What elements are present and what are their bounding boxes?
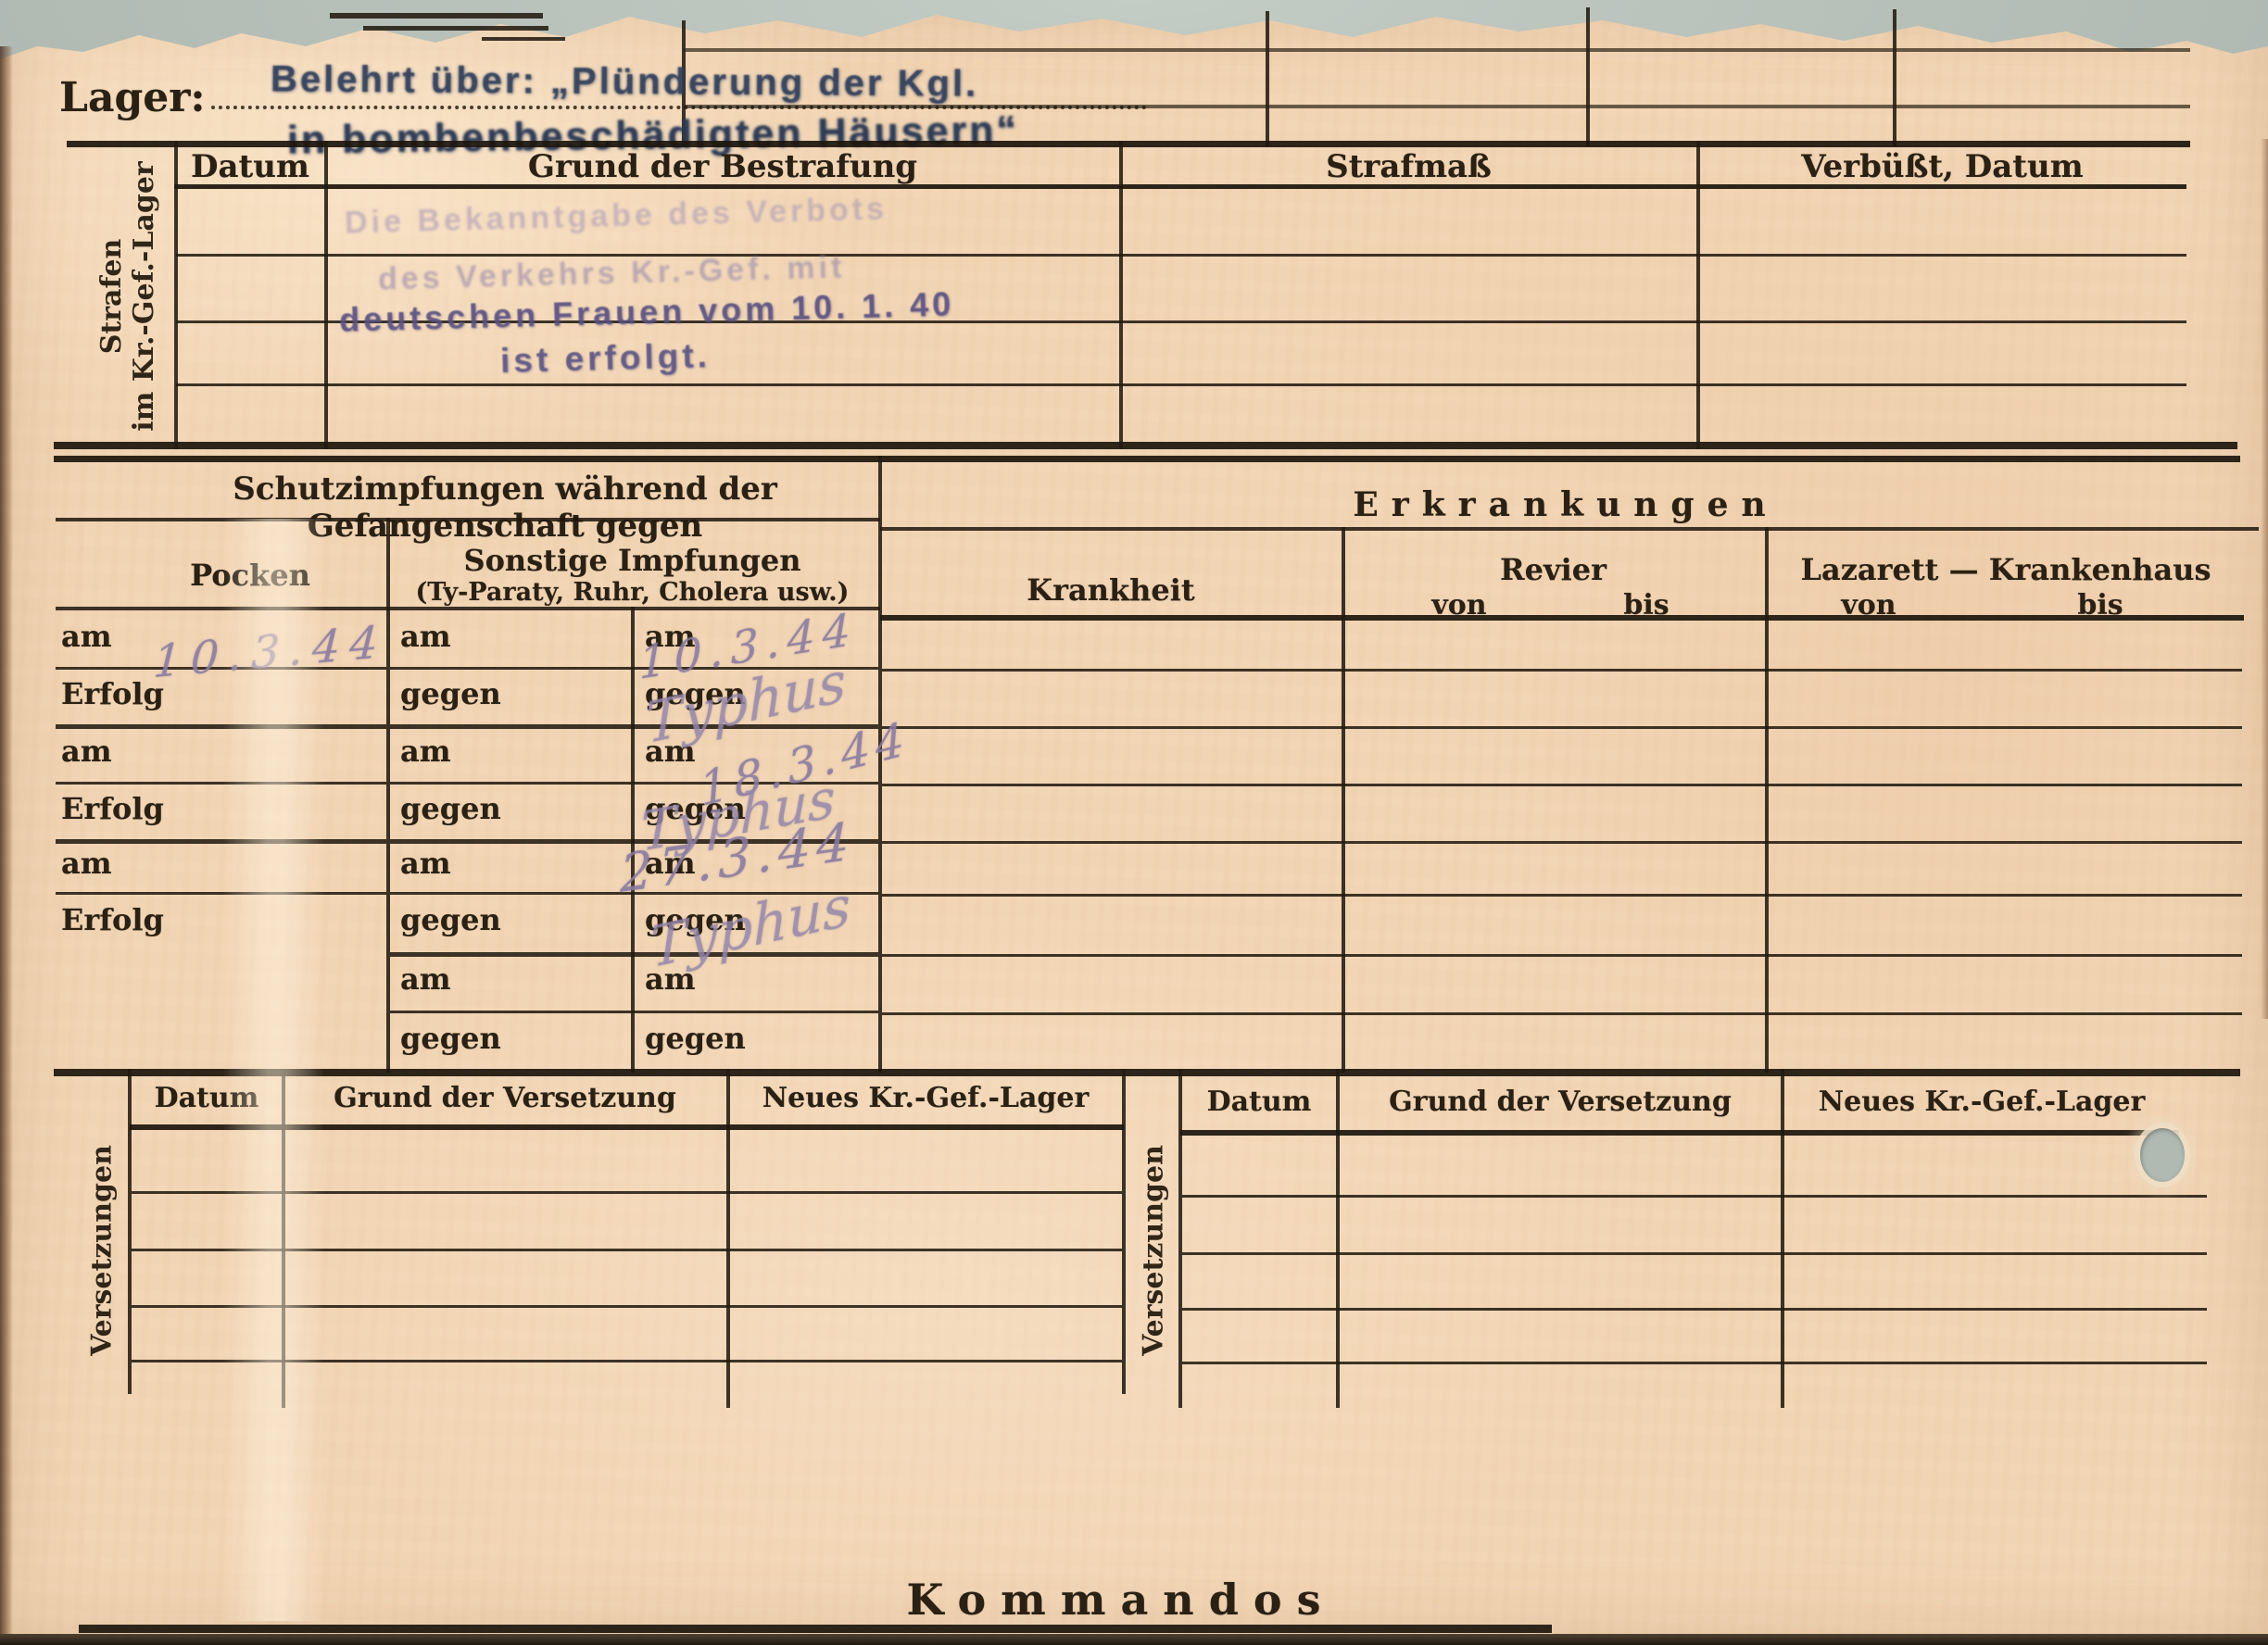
row-rule <box>56 724 386 729</box>
row-rule <box>56 839 386 844</box>
sonstige-col-header: Sonstige Impfungen <box>386 543 878 578</box>
versetzungen-rule <box>1122 1069 1126 1394</box>
section2-rule <box>880 615 2244 621</box>
row-rule <box>390 724 878 729</box>
section2-top-rule <box>54 456 2240 462</box>
fragment-rule <box>1266 11 1269 146</box>
versetzungen-left-col-neues: Neues Kr.-Gef.-Lager <box>728 1082 1123 1114</box>
sonstige1-am-label: am <box>400 619 451 654</box>
sonstige1-gegen-label: gegen <box>400 676 501 711</box>
sonstige-col-subheader: (Ty-Paraty, Ruhr, Cholera usw.) <box>386 578 878 607</box>
fragment-dash <box>363 26 548 31</box>
kommandos-heading: Kommandos <box>704 1575 1538 1625</box>
paper-right-edge <box>2261 139 2268 1019</box>
sonstige1-am-label: am <box>400 846 451 881</box>
strafen-rule <box>1696 141 1700 449</box>
kommandos-top-rule <box>79 1625 1552 1633</box>
versetzungen-right-col-grund: Grund der Versetzung <box>1338 1086 1783 1118</box>
versetzungen-header-rule <box>1180 1130 2179 1136</box>
row-rule <box>1182 1308 2207 1311</box>
versetzungen-rule <box>726 1069 730 1408</box>
row-rule <box>882 669 2242 672</box>
fragment-rule <box>1586 7 1590 146</box>
pocken-erfolg-label: Erfolg <box>61 676 164 711</box>
card-bottom-edge <box>0 1634 2268 1645</box>
sonstige2-gegen-label: gegen <box>645 1021 746 1056</box>
lazarett-bis-label: bis <box>2063 589 2137 622</box>
versetzungen-right-col-datum: Datum <box>1180 1086 1338 1118</box>
strafen-col-verbuesst: Verbüßt, Datum <box>1698 148 2186 185</box>
lazarett-col-header: Lazarett — Krankenhaus <box>1765 552 2247 587</box>
row-rule <box>1182 1195 2207 1198</box>
erkrankungen-heading: Erkrankungen <box>880 485 2251 524</box>
revier-col-header: Revier <box>1342 552 1765 587</box>
row-rule <box>882 1012 2242 1015</box>
row-rule <box>882 726 2242 729</box>
paper-left-edge <box>0 46 13 1634</box>
pocken-am-label: am <box>61 846 112 881</box>
strafen-vertical-label-line2: im Kr.-Gef.-Lager <box>128 161 160 431</box>
revier-von-label: von <box>1422 589 1496 622</box>
sonstige1-gegen-label: gegen <box>400 902 501 937</box>
card-paper <box>0 0 2268 1645</box>
paper-crease <box>222 519 324 1621</box>
row-rule <box>1182 1252 2207 1255</box>
impfungen-heading: Schutzimpfungen während der Gefangenscha… <box>93 471 917 545</box>
versetzungen-left-vertical-label-text: Versetzungen <box>86 1145 119 1356</box>
versetzungen-rule <box>1781 1069 1784 1408</box>
sonstige1-gegen-label: gegen <box>400 791 501 826</box>
section2-rule <box>880 527 2259 531</box>
fragment-dash <box>482 37 565 41</box>
pocken-erfolg-label: Erfolg <box>61 791 164 826</box>
strafen-col-grund: Grund der Bestrafung <box>326 148 1119 185</box>
strafen-row-rule <box>176 254 2186 257</box>
pocken-am-label: am <box>61 734 112 769</box>
section2-rule <box>1342 527 1345 1073</box>
fragment-rule <box>684 48 2190 52</box>
lazarett-von-label: von <box>1832 589 1906 622</box>
versetzungen-top-rule <box>54 1069 2240 1076</box>
versetzungen-rule <box>1178 1069 1182 1408</box>
row-rule <box>882 894 2242 897</box>
lager-label: Lager: <box>59 74 206 121</box>
fragment-dash <box>330 13 543 19</box>
strafen-row-rule <box>176 383 2186 386</box>
verbot-stamp-line4: ist erfolgt. <box>499 336 711 381</box>
pocken-am-label: am <box>61 619 112 654</box>
section2-rule <box>1765 527 1769 1073</box>
row-rule <box>1182 1362 2207 1364</box>
row-rule <box>390 1011 878 1013</box>
section2-rule <box>56 607 880 610</box>
sonstige1-am-label: am <box>400 734 451 769</box>
row-rule <box>390 952 878 957</box>
fragment-rule <box>1893 9 1896 146</box>
row-rule <box>56 782 386 785</box>
versetzungen-left-vertical-label: Versetzungen <box>86 1145 119 1356</box>
versetzungen-right-col-neues: Neues Kr.-Gef.-Lager <box>1783 1086 2181 1118</box>
pocken-erfolg-label: Erfolg <box>61 902 164 937</box>
krankheit-col-header: Krankheit <box>880 572 1342 608</box>
sonstige1-gegen-label: gegen <box>400 1021 501 1056</box>
strafen-vertical-label: Strafen im Kr.-Gef.-Lager <box>95 161 160 431</box>
strafen-rule <box>174 141 178 449</box>
row-rule <box>882 841 2242 844</box>
revier-bis-label: bis <box>1609 589 1683 622</box>
row-rule <box>882 954 2242 957</box>
strafen-bottom-rule <box>54 442 2237 449</box>
strafen-vertical-label-line1: Strafen <box>95 161 128 431</box>
versetzungen-right-vertical-label: Versetzungen <box>1138 1145 1170 1356</box>
strafen-col-datum: Datum <box>176 148 324 185</box>
scanned-card-background: Lager: Belehrt über: „Plünderung der Kgl… <box>0 0 2268 1645</box>
versetzungen-right-vertical-label-text: Versetzungen <box>1138 1145 1170 1356</box>
versetzungen-left-col-grund: Grund der Versetzung <box>283 1082 726 1114</box>
versetzungen-rule <box>128 1069 132 1394</box>
sonstige1-am-label: am <box>400 961 451 997</box>
strafen-col-strafmass: Strafmaß <box>1121 148 1696 185</box>
belehrt-stamp-line1: Belehrt über: „Plünderung der Kgl. <box>271 58 979 105</box>
punch-hole <box>2140 1128 2185 1182</box>
strafen-rule <box>324 141 328 449</box>
versetzungen-rule <box>1336 1069 1340 1408</box>
strafen-top-rule <box>67 141 2190 147</box>
strafen-rule <box>1119 141 1123 449</box>
row-rule <box>56 892 386 895</box>
row-rule <box>882 784 2242 786</box>
